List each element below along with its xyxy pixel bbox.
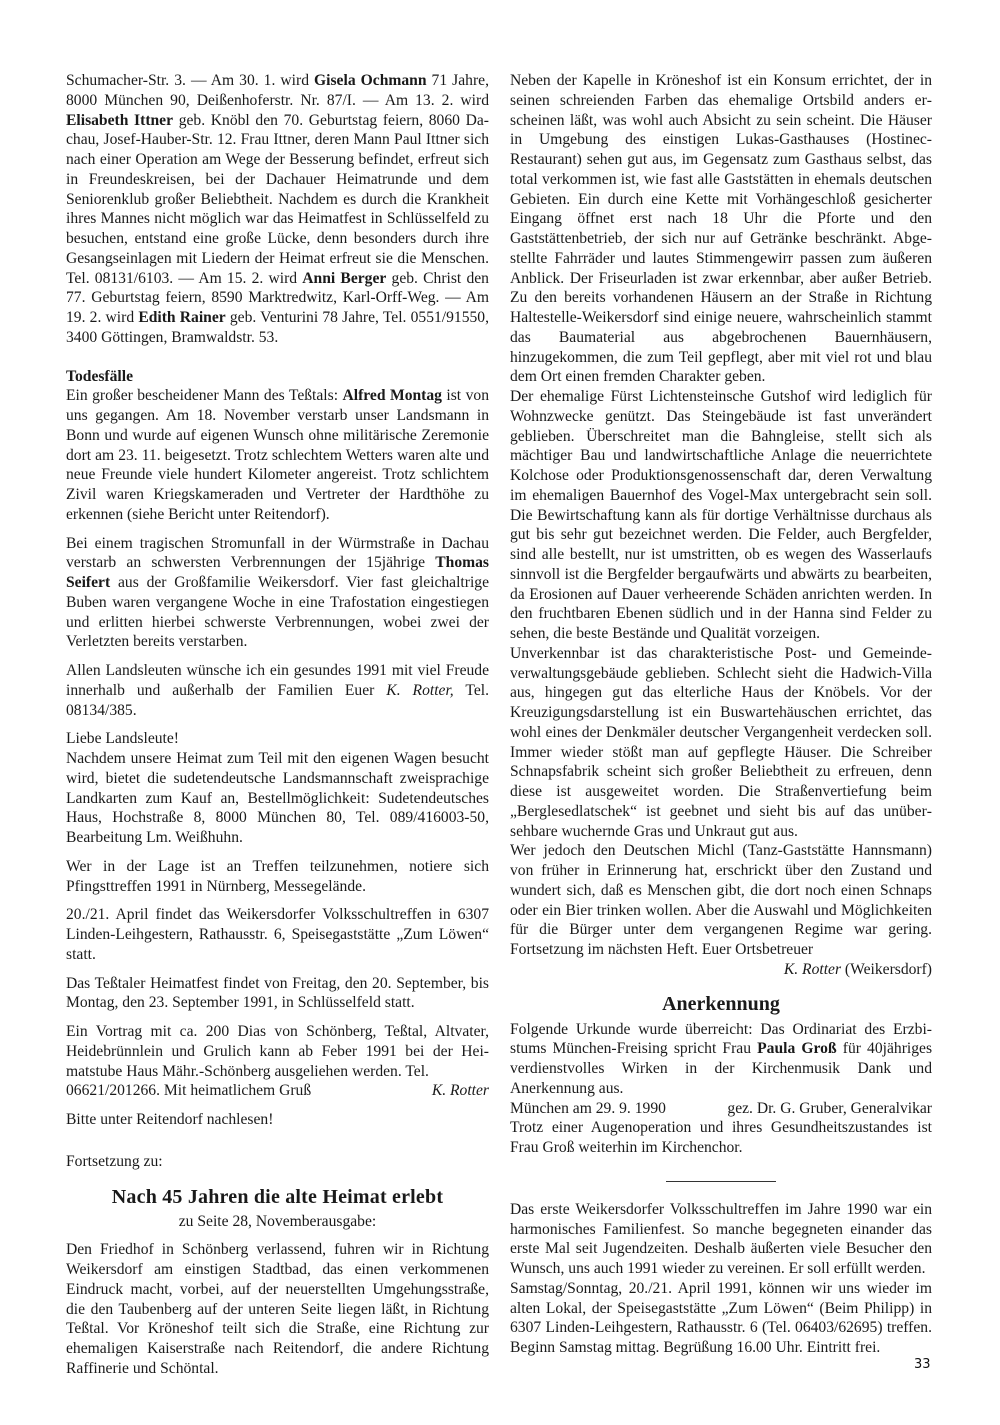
recognition-title: Anerkennung xyxy=(510,991,932,1017)
article-continued-paragraph-2: Der ehemalige Fürst Lichtensteinsche Gut… xyxy=(510,387,932,644)
maps-salutation: Liebe Landsleute! xyxy=(66,729,489,749)
right-column: Neben der Kapelle in Kröneshof ist ein K… xyxy=(510,71,932,1358)
person-name: Elisabeth Ittner xyxy=(66,112,173,129)
school-paragraph-1: Das erste Weikersdorfer Volksschultreffe… xyxy=(510,1200,932,1279)
author-name: K. Rotter xyxy=(432,1081,489,1101)
page-number: 33 xyxy=(914,1357,931,1372)
person-name: Edith Rainer xyxy=(138,309,225,326)
section-divider xyxy=(666,1181,776,1182)
lecture-paragraph: Ein Vortrag mit ca. 200 Dias von Schönbe… xyxy=(66,1022,489,1081)
recognition-note: Trotz einer Augenoperation und ihres Ges… xyxy=(510,1118,932,1158)
recognition-paragraph: Folgende Urkunde wurde überreicht: Das O… xyxy=(510,1020,932,1099)
article-paragraph: Den Friedhof in Schönberg verlassend, fu… xyxy=(66,1240,489,1378)
pfingst-paragraph: Wer in der Lage ist an Treffen teilzuneh… xyxy=(66,857,489,897)
lecture-signature-line: 06621/201266. Mit heimatlichem GrußK. Ro… xyxy=(66,1081,489,1101)
maps-paragraph: Nachdem unsere Heimat zum Teil mit den e… xyxy=(66,749,489,848)
greeting-paragraph: Allen Landsleuten wünsche ich ein gesund… xyxy=(66,661,489,720)
school-paragraph-2: Samstag/Sonntag, 20./21. April 1991, kön… xyxy=(510,1279,932,1358)
recognition-signature-line: München am 29. 9. 1990gez. Dr. G. Gruber… xyxy=(510,1099,932,1119)
continuation-label: Fortsetzung zu: xyxy=(66,1152,489,1172)
article-continued-paragraph-4: Wer jedoch den Deutschen Michl (Tanz-Gas… xyxy=(510,841,932,960)
deaths-heading: Todesfälle xyxy=(66,367,489,387)
heimatfest-paragraph: Das Teßtaler Heimatfest findet von Freit… xyxy=(66,974,489,1014)
person-name: Paula Groß xyxy=(757,1040,837,1057)
see-reitendorf-note: Bitte unter Reitendorf nachlesen! xyxy=(66,1110,489,1130)
accident-paragraph: Bei einem tragischen Stromunfall in der … xyxy=(66,534,489,653)
person-name: Gisela Ochmann xyxy=(314,72,426,89)
author-name: K. Rotter, xyxy=(386,682,453,699)
birthdays-paragraph: Schumacher-Str. 3. — Am 30. 1. wird Gise… xyxy=(66,71,489,348)
author-name: K. Rotter xyxy=(784,961,841,978)
deaths-paragraph: Ein großer bescheidener Mann des Teßtals… xyxy=(66,386,489,524)
article-continued-paragraph-1: Neben der Kapelle in Kröneshof ist ein K… xyxy=(510,71,932,387)
article-title: Nach 45 Jahren die alte Heimat erlebt xyxy=(66,1184,489,1210)
person-name: Anni Berger xyxy=(302,270,386,287)
person-name: Alfred Montag xyxy=(343,387,442,404)
school-meeting-paragraph: 20./21. April findet das Weikersdorfer V… xyxy=(66,905,489,964)
article-continued-paragraph-3: Unverkennbar ist das charakteristische P… xyxy=(510,644,932,842)
article-signature: K. Rotter (Weikersdorf) xyxy=(510,960,932,980)
article-subtitle: zu Seite 28, Novemberausgabe: xyxy=(66,1212,489,1232)
left-column: Schumacher-Str. 3. — Am 30. 1. wird Gise… xyxy=(66,71,489,1379)
